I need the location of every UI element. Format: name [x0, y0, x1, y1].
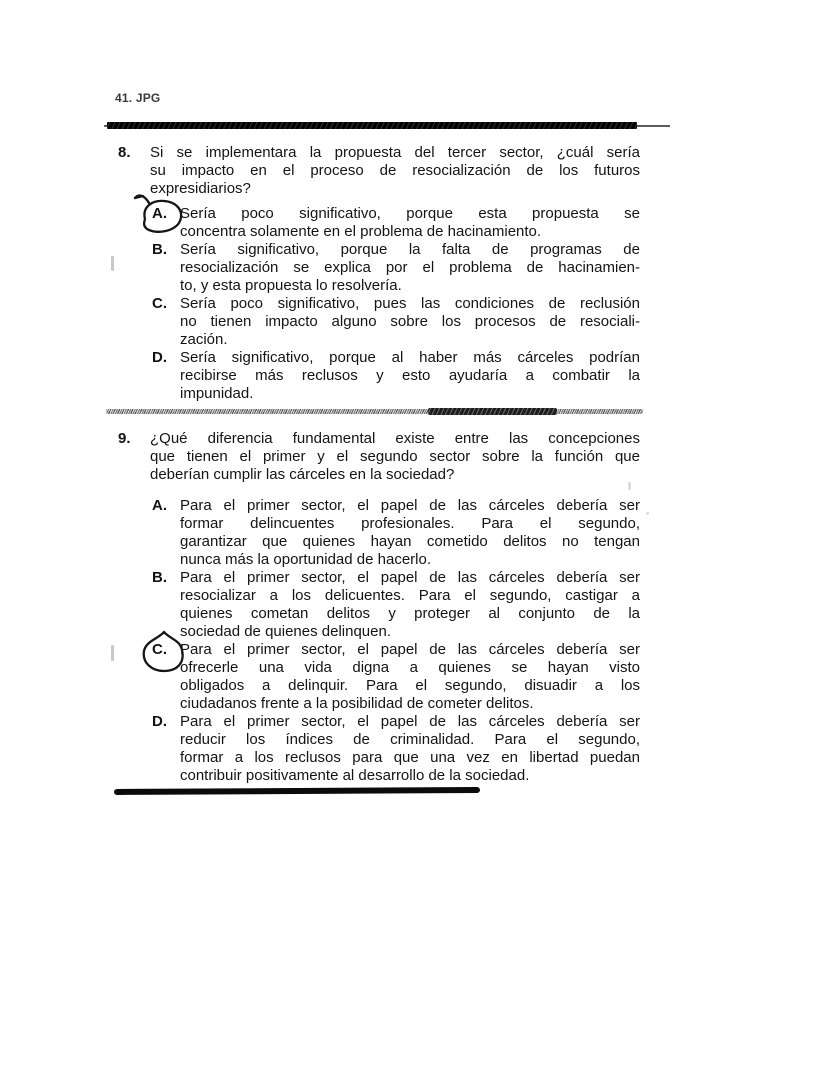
option-line: Sería significativo, porque la falta de …: [180, 241, 640, 259]
option-item: B.Sería significativo, porque la falta d…: [152, 241, 642, 295]
option-line: Para el primer sector, el papel de las c…: [180, 713, 640, 731]
option-line: contribuir positivamente al desarrollo d…: [180, 767, 640, 785]
option-item: B.Para el primer sector, el papel de las…: [152, 569, 642, 641]
option-text: Sería poco significativo, pues las condi…: [180, 295, 640, 349]
question-row: 8.Si se implementara la propuesta del te…: [118, 144, 642, 198]
option-letter: B.: [152, 241, 180, 295]
question-number: 8.: [118, 144, 150, 198]
option-line: sociedad de quienes delinquen.: [180, 623, 640, 641]
option-line: Sería significativo, porque al haber más…: [180, 349, 640, 367]
option-item: C.Para el primer sector, el papel de las…: [152, 641, 642, 713]
question-line: expresidiarios?: [150, 180, 640, 198]
option-line: ofrecerle una vida digna a quienes se ha…: [180, 659, 640, 677]
filename-label: 41. JPG: [115, 91, 160, 105]
option-item: C.Sería poco significativo, pues las con…: [152, 295, 642, 349]
option-line: quienes cometan delitos y proteger al co…: [180, 605, 640, 623]
option-line: Para el primer sector, el papel de las c…: [180, 497, 640, 515]
option-text: Sería significativo, porque al haber más…: [180, 349, 640, 403]
option-text: Para el primer sector, el papel de las c…: [180, 713, 640, 785]
option-line: resocialización se explica por el proble…: [180, 259, 640, 277]
section-divider: [106, 409, 643, 414]
option-line: reducir los índices de criminalidad. Par…: [180, 731, 640, 749]
options-list: A.Sería poco significativo, porque esta …: [118, 205, 642, 403]
option-line: resocializar a los delicuentes. Para el …: [180, 587, 640, 605]
option-line: obligados a delinquir. Para el segundo, …: [180, 677, 640, 695]
option-line: Sería poco significativo, porque esta pr…: [180, 205, 640, 223]
option-text: Para el primer sector, el papel de las c…: [180, 641, 640, 713]
option-item: D.Para el primer sector, el papel de las…: [152, 713, 642, 785]
scanned-exam-page: 41. JPG 8.Si se implementara la propuest…: [0, 0, 828, 1071]
option-line: formar a los reclusos para que una vez e…: [180, 749, 640, 767]
question-line: su impacto en el proceso de resocializac…: [150, 162, 640, 180]
question-block-8: 8.Si se implementara la propuesta del te…: [118, 144, 642, 403]
option-line: garantizar que quienes hayan cometido de…: [180, 533, 640, 551]
scan-artifact: [628, 482, 631, 490]
question-number: 9.: [118, 430, 150, 484]
option-item: A.Para el primer sector, el papel de las…: [152, 497, 642, 569]
option-letter: A.: [152, 205, 180, 241]
option-line: Sería poco significativo, pues las condi…: [180, 295, 640, 313]
question-line: deberían cumplir las cárceles en la soci…: [150, 466, 640, 484]
option-line: impunidad.: [180, 385, 640, 403]
options-list: A.Para el primer sector, el papel de las…: [118, 497, 642, 785]
question-line: ¿Qué diferencia fundamental existe entre…: [150, 430, 640, 448]
option-line: concentra solamente en el problema de ha…: [180, 223, 640, 241]
question-block-9: 9.¿Qué diferencia fundamental existe ent…: [118, 430, 642, 785]
option-letter: C.: [152, 295, 180, 349]
option-line: Para el primer sector, el papel de las c…: [180, 569, 640, 587]
option-line: to, y esta propuesta lo resolvería.: [180, 277, 640, 295]
option-letter: D.: [152, 713, 180, 785]
scan-artifact: [111, 256, 114, 271]
option-line: no tienen impacto alguno sobre los proce…: [180, 313, 640, 331]
question-text: ¿Qué diferencia fundamental existe entre…: [150, 430, 640, 484]
option-line: zación.: [180, 331, 640, 349]
option-text: Sería significativo, porque la falta de …: [180, 241, 640, 295]
scan-artifact: [646, 512, 649, 515]
option-letter: A.: [152, 497, 180, 569]
scan-artifact: [111, 645, 114, 661]
option-line: ciudadanos frente a la posibilidad de co…: [180, 695, 640, 713]
option-letter: C.: [152, 641, 180, 713]
bottom-rule: [114, 787, 480, 795]
option-item: A.Sería poco significativo, porque esta …: [152, 205, 642, 241]
question-row: 9.¿Qué diferencia fundamental existe ent…: [118, 430, 642, 484]
option-text: Para el primer sector, el papel de las c…: [180, 497, 640, 569]
question-line: Si se implementara la propuesta del terc…: [150, 144, 640, 162]
option-line: formar delincuentes profesionales. Para …: [180, 515, 640, 533]
option-line: recibirse más reclusos y esto ayudaría a…: [180, 367, 640, 385]
top-rule-band: [107, 122, 637, 129]
question-line: que tienen el primer y el segundo sector…: [150, 448, 640, 466]
option-text: Para el primer sector, el papel de las c…: [180, 569, 640, 641]
question-text: Si se implementara la propuesta del terc…: [150, 144, 640, 198]
option-text: Sería poco significativo, porque esta pr…: [180, 205, 640, 241]
top-rule: [104, 121, 670, 130]
option-letter: D.: [152, 349, 180, 403]
option-line: nunca más la oportunidad de hacerlo.: [180, 551, 640, 569]
option-item: D.Sería significativo, porque al haber m…: [152, 349, 642, 403]
option-line: Para el primer sector, el papel de las c…: [180, 641, 640, 659]
option-letter: B.: [152, 569, 180, 641]
